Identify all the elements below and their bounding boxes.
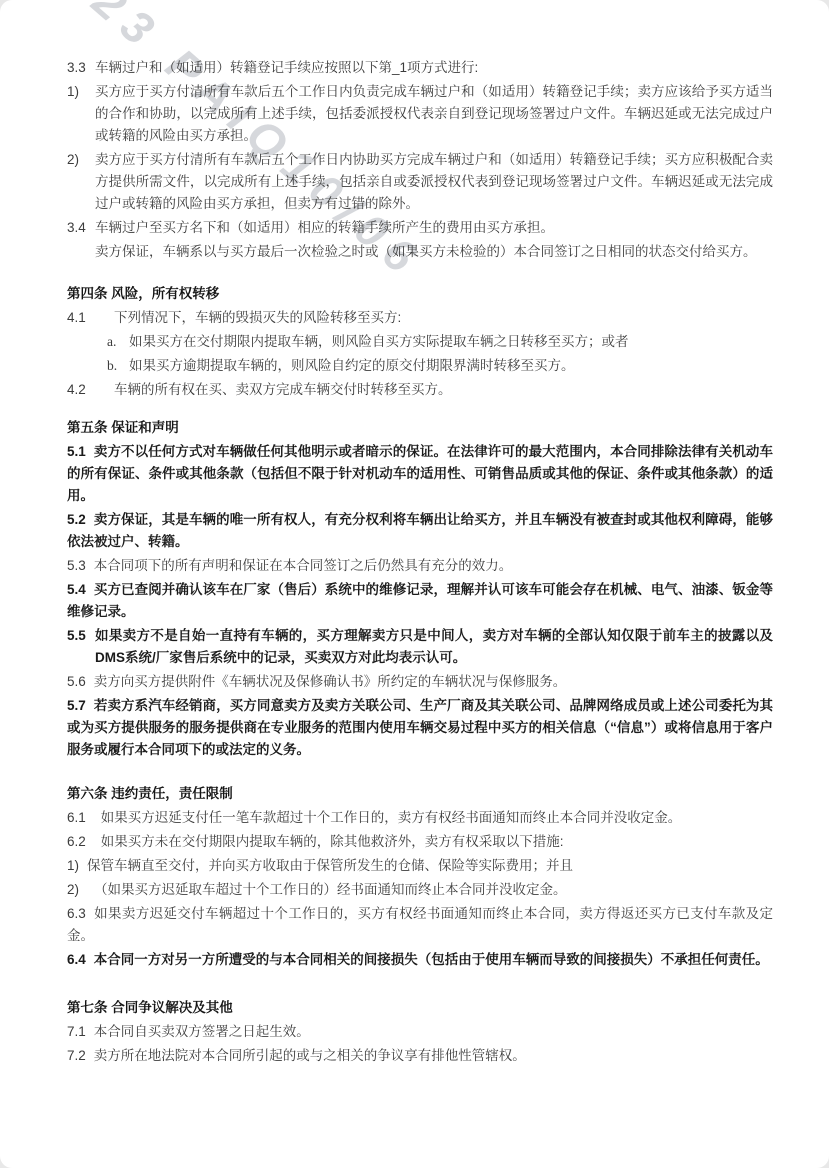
clause-text: 车辆过户和（如适用）转籍登记手续应按照以下第_1项方式进行: — [95, 57, 773, 79]
section-gap — [67, 973, 773, 997]
clause-text: 如果卖方不是自始一直持有车辆的，买方理解卖方只是中间人，卖方对车辆的全部认知仅限… — [95, 625, 773, 669]
clause-text: （如果买方迟延取车超过十个工作日的）经书面通知而终止本合同并没收定金。 — [94, 882, 567, 897]
clause-text: 如果买方迟延支付任一笔车款超过十个工作日的，卖方有权经书面通知而终止本合同并没收… — [101, 810, 682, 825]
section-gap — [67, 265, 773, 283]
clause: 2)卖方应于买方付清所有车款后五个工作日内协助买方完成车辆过户和（如适用）转籍登… — [67, 149, 773, 215]
clause: 6.3如果卖方迟延交付车辆超过十个工作日的，买方有权经书面通知而终止本合同，卖方… — [67, 903, 773, 947]
clause-text: 如果买方在交付期限内提取车辆，则风险自买方实际提取车辆之日转移至买方；或者 — [129, 331, 773, 353]
clause-number: 3.3 — [67, 57, 95, 79]
clause-text: 卖方向买方提供附件《车辆状况及保修确认书》所约定的车辆状况与保修服务。 — [94, 674, 567, 689]
clause: 3.3车辆过户和（如适用）转籍登记手续应按照以下第_1项方式进行: — [67, 57, 773, 79]
section-gap — [67, 763, 773, 783]
clause-text: 卖方应于买方付清所有车款后五个工作日内协助买方完成车辆过户和（如适用）转籍登记手… — [95, 149, 773, 215]
sub-clause: a.如果买方在交付期限内提取车辆，则风险自买方实际提取车辆之日转移至买方；或者 — [67, 331, 773, 353]
clause-number: 7.2 — [67, 1045, 86, 1067]
clause: 5.7若卖方系汽车经销商，买方同意卖方及卖方关联公司、生产厂商及其关联公司、品牌… — [67, 695, 773, 761]
clause-number: 1) — [67, 855, 79, 877]
contract-page: 23 PAIQ10/06 3.3车辆过户和（如适用）转籍登记手续应按照以下第_1… — [0, 0, 829, 1168]
clause: 5.5如果卖方不是自始一直持有车辆的，买方理解卖方只是中间人，卖方对车辆的全部认… — [67, 625, 773, 669]
clause-number: 6.4 — [67, 949, 86, 971]
clause-number: 2) — [67, 879, 79, 901]
clause-number: 4.2 — [67, 379, 114, 401]
clause: 4.2车辆的所有权在买、卖双方完成车辆交付时转移至买方。 — [67, 379, 773, 401]
clause: 5.1卖方不以任何方式对车辆做任何其他明示或者暗示的保证。在法律许可的最大范围内… — [67, 441, 773, 507]
clause-text: 卖方保证，其是车辆的唯一所有权人，有充分权利将车辆出让给买方，并且车辆没有被查封… — [67, 512, 773, 549]
clause: 6.2如果买方未在交付期限内提取车辆的，除其他救济外，卖方有权采取以下措施: — [67, 831, 773, 853]
clause: 2)（如果买方迟延取车超过十个工作日的）经书面通知而终止本合同并没收定金。 — [67, 879, 773, 901]
clause-number: 4.1 — [67, 307, 114, 329]
section-heading: 第七条 合同争议解决及其他 — [67, 997, 773, 1019]
clause-text: 本合同自买卖双方签署之日起生效。 — [94, 1024, 310, 1039]
clause-number: 2) — [67, 149, 95, 215]
clause-text: 本合同一方对另一方所遭受的与本合同相关的间接损失（包括由于使用车辆而导致的间接损… — [94, 952, 769, 967]
clause-text: 本合同项下的所有声明和保证在本合同签订之后仍然具有充分的效力。 — [94, 558, 513, 573]
clause-text: 卖方所在地法院对本合同所引起的或与之相关的争议享有排他性管辖权。 — [94, 1048, 526, 1063]
clause-text: 买方已查阅并确认该车在厂家（售后）系统中的维修记录，理解并认可该车可能会存在机械… — [67, 582, 773, 619]
clause-number: a. — [107, 331, 129, 353]
clause-text: 如果卖方迟延交付车辆超过十个工作日的，买方有权经书面通知而终止本合同，卖方得返还… — [67, 906, 773, 943]
section-heading: 第四条 风险，所有权转移 — [67, 283, 773, 305]
sub-clause: b.如果买方逾期提取车辆的，则风险自约定的原交付期限界满时转移至买方。 — [67, 355, 773, 377]
clause: 5.4买方已查阅并确认该车在厂家（售后）系统中的维修记录，理解并认可该车可能会存… — [67, 579, 773, 623]
clause-number: b. — [107, 355, 129, 377]
clause-text: 卖方不以任何方式对车辆做任何其他明示或者暗示的保证。在法律许可的最大范围内，本合… — [67, 444, 773, 503]
clause: 5.2卖方保证，其是车辆的唯一所有权人，有充分权利将车辆出让给买方，并且车辆没有… — [67, 509, 773, 553]
clause-text: 保管车辆直至交付，并向买方收取由于保管所发生的仓储、保险等实际费用；并且 — [87, 858, 573, 873]
clause-number: 5.4 — [67, 579, 86, 601]
clause-number: 6.1 — [67, 807, 86, 829]
clause-text: 车辆过户至买方名下和（如适用）相应的转籍手续所产生的费用由买方承担。 — [95, 217, 773, 239]
clause: 5.6卖方向买方提供附件《车辆状况及保修确认书》所约定的车辆状况与保修服务。 — [67, 671, 773, 693]
clause-number: 6.3 — [67, 903, 86, 925]
clause-number: 5.1 — [67, 441, 86, 463]
clause-text: 若卖方系汽车经销商，买方同意卖方及卖方关联公司、生产厂商及其关联公司、品牌网络成… — [67, 698, 773, 757]
clause-text: 车辆的所有权在买、卖双方完成车辆交付时转移至买方。 — [114, 379, 773, 401]
clause-text: 下列情况下，车辆的毁损灭失的风险转移至买方: — [114, 307, 773, 329]
clause-number: 5.6 — [67, 671, 86, 693]
clause-text: 买方应于买方付清所有车款后五个工作日内负责完成车辆过户和（如适用）转籍登记手续；… — [95, 81, 773, 147]
clause-number: 1) — [67, 81, 95, 147]
clause-text: 如果买方未在交付期限内提取车辆的，除其他救济外，卖方有权采取以下措施: — [101, 834, 564, 849]
clause: 7.2卖方所在地法院对本合同所引起的或与之相关的争议享有排他性管辖权。 — [67, 1045, 773, 1067]
section-heading: 第五条 保证和声明 — [67, 417, 773, 439]
clause-number: 3.4 — [67, 217, 95, 239]
clause-number: 5.2 — [67, 509, 86, 531]
clause-number: 6.2 — [67, 831, 86, 853]
clause-number: 5.7 — [67, 695, 86, 717]
clause: 4.1下列情况下，车辆的毁损灭失的风险转移至买方: — [67, 307, 773, 329]
clause: 1)买方应于买方付清所有车款后五个工作日内负责完成车辆过户和（如适用）转籍登记手… — [67, 81, 773, 147]
section-gap — [67, 403, 773, 417]
clause-text: 如果买方逾期提取车辆的，则风险自约定的原交付期限界满时转移至买方。 — [129, 355, 773, 377]
clause: 1)保管车辆直至交付，并向买方收取由于保管所发生的仓储、保险等实际费用；并且 — [67, 855, 773, 877]
clause-number: 7.1 — [67, 1021, 86, 1043]
clause-continuation: 卖方保证，车辆系以与买方最后一次检验之时或（如果买方未检验的）本合同签订之日相同… — [67, 241, 773, 263]
clause: 5.3本合同项下的所有声明和保证在本合同签订之后仍然具有充分的效力。 — [67, 555, 773, 577]
section-heading: 第六条 违约责任，责任限制 — [67, 783, 773, 805]
clause-number: 5.5 — [67, 625, 95, 669]
clause: 6.1如果买方迟延支付任一笔车款超过十个工作日的，卖方有权经书面通知而终止本合同… — [67, 807, 773, 829]
clause: 6.4本合同一方对另一方所遭受的与本合同相关的间接损失（包括由于使用车辆而导致的… — [67, 949, 773, 971]
contract-body: 3.3车辆过户和（如适用）转籍登记手续应按照以下第_1项方式进行:1)买方应于买… — [67, 57, 773, 1067]
clause-number: 5.3 — [67, 555, 86, 577]
clause: 7.1本合同自买卖双方签署之日起生效。 — [67, 1021, 773, 1043]
clause: 3.4车辆过户至买方名下和（如适用）相应的转籍手续所产生的费用由买方承担。 — [67, 217, 773, 239]
